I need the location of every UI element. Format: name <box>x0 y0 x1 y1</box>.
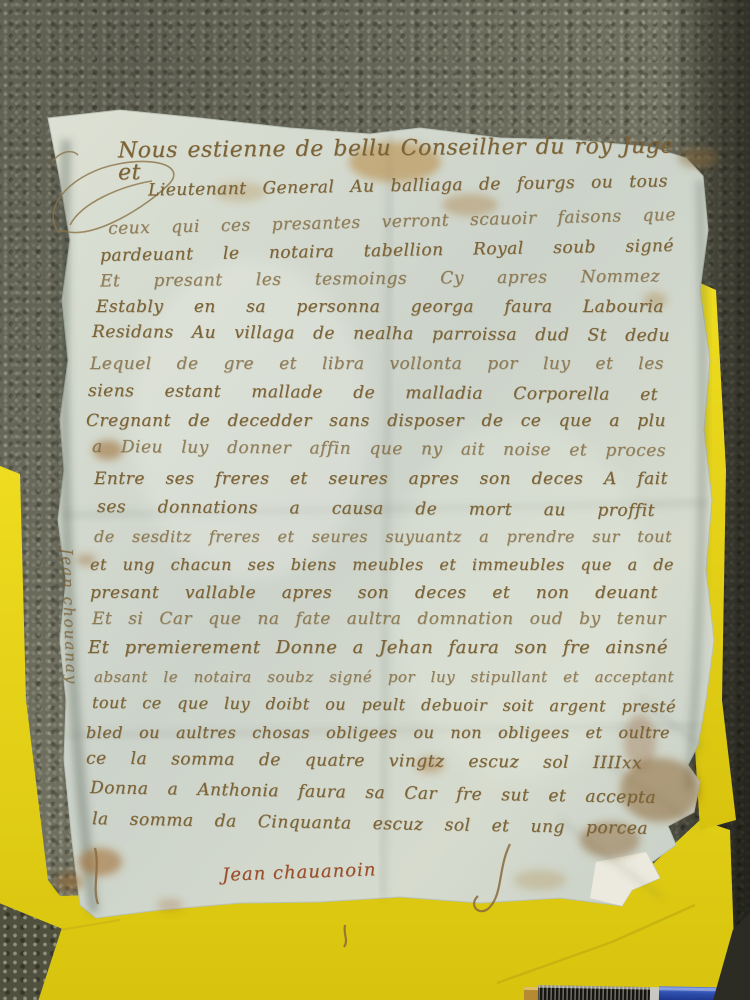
manuscript-line: Et si Car que na fate aultra domnation o… <box>92 611 666 628</box>
manuscript-line: tout ce que luy doibt ou peult debuoir s… <box>92 695 676 715</box>
manuscript-line: Estably en sa personna georga faura Labo… <box>96 299 664 316</box>
manuscript-line: Et presant les tesmoings Cy apres Nommez <box>100 269 660 291</box>
manuscript-line: Donna a Anthonia faura sa Car fre sut et… <box>90 780 656 807</box>
manuscript-line: pardeuant le notaira tabellion Royal sou… <box>100 238 674 265</box>
manuscript-line: Residans Au villaga de nealha parroissa … <box>92 324 670 345</box>
manuscript-line: Entre ses freres et seures apres son dec… <box>94 471 668 488</box>
manuscript-line: absant le notaira soubz signé por luy st… <box>94 670 674 685</box>
manuscript-line: Et premierement Donne a Jehan faura son … <box>88 639 668 657</box>
manuscript-line: ceux qui ces presantes verront scauoir f… <box>108 207 676 238</box>
manuscript-line: et ung chacun ses biens meubles et immeu… <box>90 557 674 573</box>
manuscript-line: bled ou aultres chosas obligees ou non o… <box>86 725 670 741</box>
manuscript-line: siens estant mallade de malladia Corpore… <box>88 383 658 404</box>
manuscript-line: a Dieu luy donner affin que ny ait noise… <box>92 439 666 460</box>
scene: Nous estienne de bellu Conseilher du roy… <box>0 0 750 1000</box>
manuscript-line: la somma da Cinquanta escuz sol et ung p… <box>92 811 648 838</box>
manuscript-line: Cregnant de decedder sans disposer de ce… <box>86 413 666 430</box>
manuscript-line: ses donnations a causa de mort au proffi… <box>97 499 655 520</box>
margin-note-vertical: Jean chouanay <box>58 548 81 686</box>
manuscript-line: Lequel de gre et libra vollonta por luy … <box>90 356 664 373</box>
manuscript-text: Nous estienne de bellu Conseilher du roy… <box>0 0 750 1000</box>
manuscript-line: ce la somma de quatre vingtz escuz sol I… <box>86 751 642 773</box>
signature: Jean chauanoin <box>222 859 377 885</box>
manuscript-line: de sesditz freres et seures suyuantz a p… <box>94 529 672 545</box>
manuscript-line: presant vallable apres son deces et non … <box>90 585 658 602</box>
